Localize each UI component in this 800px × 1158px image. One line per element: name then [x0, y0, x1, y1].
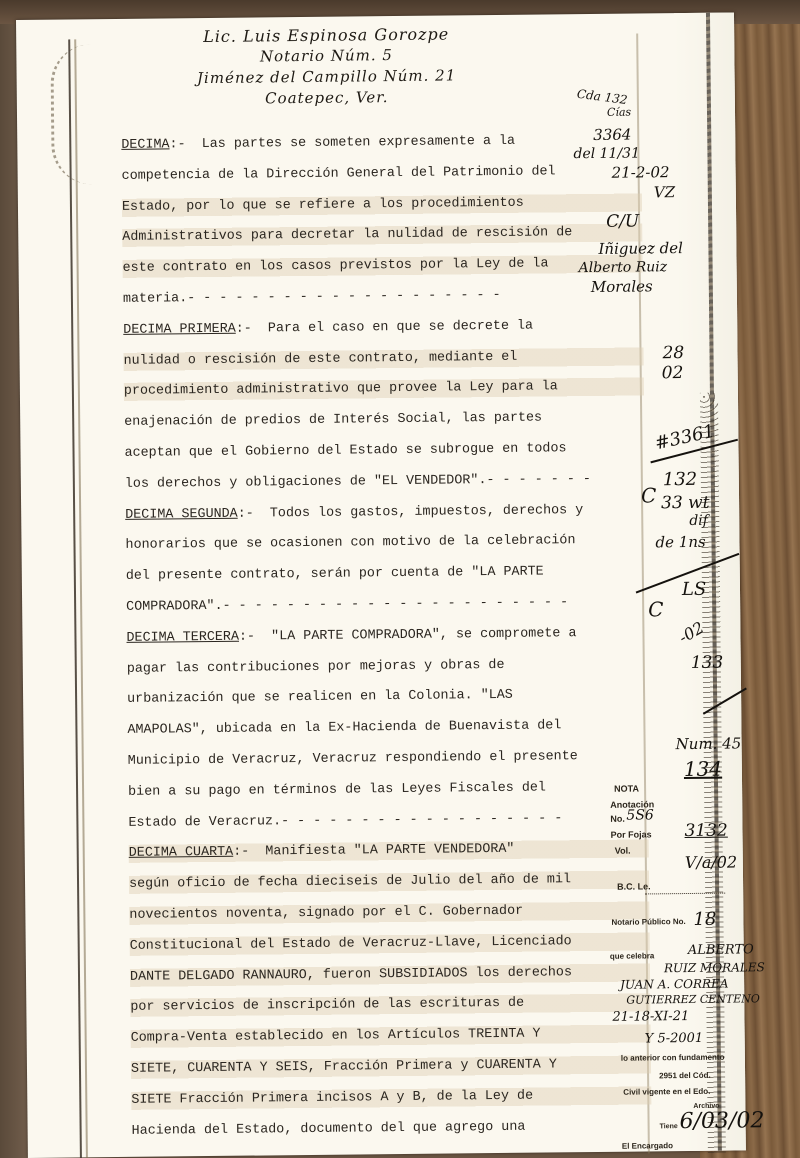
margin-note: del 11/31 — [573, 145, 640, 162]
stamp-value-party: ALBERTO — [688, 942, 754, 958]
margin-note: Morales — [591, 277, 653, 296]
clause-text: este contrato en los casos previstos por… — [123, 257, 549, 276]
clause-text: bien a su pago en términos de las Leyes … — [128, 780, 546, 799]
clause-text: nulidad o rescisión de este contrato, me… — [123, 349, 517, 368]
margin-note: dif — [689, 513, 708, 529]
stamp-note: 2951 del Cód. — [659, 1071, 711, 1081]
clause-text: procedimiento administrativo que provee … — [124, 380, 558, 400]
margin-note: 28 — [662, 343, 684, 363]
stamp-value-fecha: 21-18-XI-21 — [612, 1009, 689, 1025]
margin-note: 33 wt — [661, 493, 710, 514]
stamp-label-bc: B.C. Le. — [617, 881, 651, 891]
clause-text: SIETE Fracción Primera incisos A y B, de… — [131, 1088, 533, 1107]
clause-text: competencia de la Dirección General del … — [122, 164, 556, 184]
margin-note: 133 — [691, 653, 724, 673]
margin-note: LS — [682, 579, 707, 600]
clause-title: DECIMA PRIMERA — [123, 321, 236, 337]
letterhead-name: Lic. Luis Espinosa Gorozpe — [176, 23, 476, 47]
clause-text: Estado, por lo que se refiere a los proc… — [122, 195, 524, 214]
contract-body: DECIMA:- Las partes se someten expresame… — [121, 125, 652, 1147]
stamp-value-por: 3132 — [684, 821, 727, 841]
margin-note: Cías — [607, 106, 631, 119]
clause-text: aceptan que el Gobierno del Estado se su… — [124, 441, 566, 461]
clause-title: DECIMA TERCERA — [126, 629, 239, 645]
stamp-note: Civil vigente en el Edo. — [623, 1087, 710, 1097]
clause-text: "LA PARTE COMPRADORA", se compromete a — [271, 626, 576, 644]
clause-text: pagar las contribuciones por mejoras y o… — [127, 657, 505, 676]
clause-title: DECIMA CUARTA — [129, 845, 234, 861]
clause-text: materia.- - - - - - - - - - - - - - - - … — [123, 288, 501, 307]
clause-text: urbanización que se realicen en la Colon… — [127, 688, 513, 707]
clause-title: DECIMA — [121, 137, 169, 153]
margin-note: Alberto Ruiz — [579, 259, 668, 276]
clause-text: Administrativos para decretar la nulidad… — [122, 226, 572, 246]
seal-mark — [50, 44, 114, 185]
stamp-label-por: Por Fojas — [611, 829, 652, 839]
margin-note: 134 — [684, 757, 722, 781]
clause-text: Estado de Veracruz.- - - - - - - - - - -… — [128, 811, 562, 831]
stamp-value-notario: 18 — [693, 909, 716, 930]
clause-text: Constitucional del Estado de Veracruz-Ll… — [130, 934, 572, 954]
clause-text: enajenación de predios de Interés Social… — [124, 411, 542, 430]
clause-text: novecientos noventa, signado por el C. G… — [129, 904, 523, 923]
letterhead-city: Coatepec, Ver. — [177, 86, 477, 110]
margin-note: 02 — [662, 363, 684, 383]
clause-text: AMAPOLAS", ubicada en la Ex-Hacienda de … — [127, 718, 561, 738]
notary-letterhead: Lic. Luis Espinosa Gorozpe Notario Núm. … — [176, 23, 477, 110]
clause-text: SIETE, CUARENTA Y SEIS, Fracción Primera… — [131, 1057, 557, 1076]
clause-text: por servicios de inscripción de las escr… — [130, 996, 524, 1015]
margin-note: 132 — [663, 469, 698, 490]
stamp-value-date: 6/03/02 — [679, 1108, 764, 1134]
clause-text: del presente contrato, serán por cuenta … — [126, 565, 544, 584]
margin-note: 3364 — [593, 126, 631, 144]
clause-text: Hacienda del Estado, documento del que a… — [132, 1119, 526, 1138]
margin-note: C — [648, 597, 664, 621]
clause-title: DECIMA SEGUNDA — [125, 506, 238, 522]
stamp-label-tiene: Tiene — [660, 1123, 678, 1130]
stamp-label-que: que celebra — [610, 951, 655, 960]
clause-text: COMPRADORA".- - - - - - - - - - - - - - … — [126, 595, 568, 615]
clause-line: Hacienda del Estado, documento del que a… — [131, 1111, 651, 1147]
document-page: Lic. Luis Espinosa Gorozpe Notario Núm. … — [16, 12, 746, 1157]
clause-text: DANTE DELGADO RANNAURO, fueron SUBSIDIAD… — [130, 965, 572, 985]
stamp-value-party: GUTIERREZ CENTENO — [626, 992, 760, 1006]
margin-note: Cda 132 — [576, 87, 628, 107]
stamp-value-row: Y 5-2001 — [645, 1031, 704, 1047]
clause-text: Manifiesta "LA PARTE VENDEDORA" — [265, 842, 514, 860]
margin-rule-left-secondary — [74, 39, 88, 1158]
clause-text: Las partes se someten expresamente a la — [202, 134, 516, 152]
clause-text: según oficio de fecha dieciseis de Julio… — [129, 872, 571, 892]
margin-note: 21-2-02 — [612, 163, 670, 182]
stamp-label-nota: NOTA — [614, 784, 639, 794]
margin-note: de 1ns — [655, 533, 705, 552]
stamp-label-no: No. — [610, 814, 625, 824]
stamp-value-party: JUAN A. CORREA — [620, 977, 729, 992]
margin-note: C/U — [606, 211, 639, 231]
stamp-label-vol: Vol. — [615, 846, 631, 856]
stamp-value-vol: V/a/02 — [685, 852, 737, 872]
stamp-label-notario: Notario Público No. — [611, 917, 685, 927]
margin-note: VZ — [654, 183, 675, 201]
clause-text: Todos los gastos, impuestos, derechos y — [270, 503, 584, 521]
margin-note: Num. 45 — [676, 734, 742, 753]
letterhead-address: Jiménez del Campillo Núm. 21 — [177, 65, 477, 89]
stamp-value-no: 5S6 — [626, 807, 654, 823]
clause-text: honorarios que se ocasionen con motivo d… — [125, 534, 575, 554]
stamp-note: lo anterior con fundamento — [621, 1053, 725, 1063]
margin-note: Iñiguez del — [598, 239, 683, 258]
stamp-label-encargado: El Encargado — [622, 1141, 673, 1151]
clause-text: los derechos y obligaciones de "EL VENDE… — [125, 472, 591, 492]
clause-text: Compra-Venta establecido en los Artículo… — [131, 1027, 541, 1046]
clause-text: Para el caso en que se decrete la — [268, 318, 533, 336]
stamp-value-party: RUIZ MORALES — [664, 960, 765, 975]
clause-text: Municipio de Veracruz, Veracruz respondi… — [128, 749, 578, 769]
margin-note: C — [641, 483, 657, 507]
